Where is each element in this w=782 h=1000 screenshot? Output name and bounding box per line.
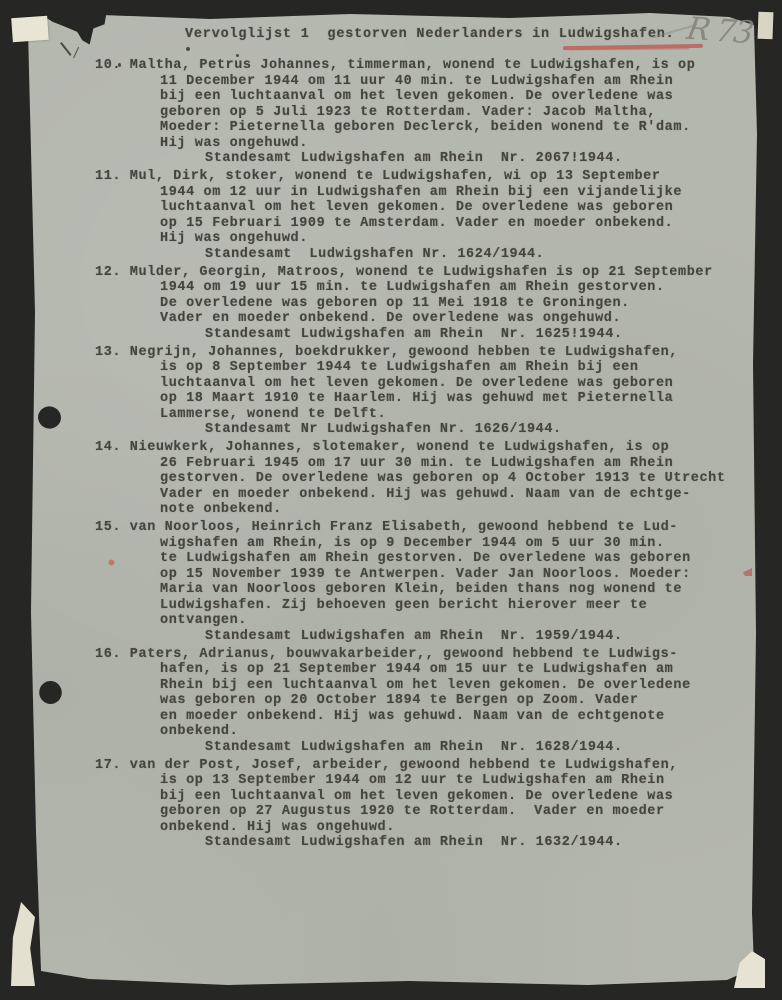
document-line: wigshafen am Rhein, is op 9 December 194… bbox=[160, 536, 745, 552]
document-line: 12. Mulder, Georgin, Matroos, wonend te … bbox=[95, 265, 745, 281]
death-record-entry: 11. Mul, Dirk, stoker, wonend te Ludwigs… bbox=[95, 169, 745, 262]
document-line: bij een luchtaanval om het leven gekomen… bbox=[160, 89, 745, 105]
document-line: Moeder: Pieternella geboren Declerck, be… bbox=[160, 120, 745, 136]
document-line: 15. van Noorloos, Heinrich Franz Elisabe… bbox=[95, 520, 745, 536]
ink-speck bbox=[236, 54, 239, 57]
document-line: op 18 Maart 1910 te Haarlem. Hij was geh… bbox=[160, 391, 745, 407]
document-line: Standesamt Ludwigshafen Nr. 1624/1944. bbox=[205, 247, 745, 263]
document-line: Standesamt Nr Ludwigshafen Nr. 1626/1944… bbox=[205, 422, 745, 438]
document-line: geboren op 5 Juli 1923 te Rotterdam. Vad… bbox=[160, 105, 745, 121]
document-line: Lammerse, wonend te Delft. bbox=[160, 407, 745, 423]
document-line: te Ludwigshafen am Rhein gestorven. De o… bbox=[160, 551, 745, 567]
entry-list: 10. Maltha, Petrus Johannes, timmerman, … bbox=[95, 58, 745, 853]
death-record-entry: 10. Maltha, Petrus Johannes, timmerman, … bbox=[95, 58, 745, 167]
document-line: Hij was ongehuwd. bbox=[160, 231, 745, 247]
document-line: 17. van der Post, Josef, arbeider, gewoo… bbox=[95, 758, 745, 774]
document-line: hafen, is op 21 September 1944 om 15 uur… bbox=[160, 662, 745, 678]
document-line: Rhein bij een luchtaanval om het leven g… bbox=[160, 678, 745, 694]
tape-fragment bbox=[758, 12, 774, 40]
document-line: onbekend. Hij was ongehuwd. bbox=[160, 820, 745, 836]
document-line: op 15 November 1939 te Antwerpen. Vader … bbox=[160, 567, 745, 583]
document-line: Vader en moeder onbekend. Hij was gehuwd… bbox=[160, 487, 745, 503]
document-line: De overledene was geboren op 11 Mei 1918… bbox=[160, 296, 745, 312]
tape-fragment bbox=[11, 16, 49, 42]
tape-fragment bbox=[11, 902, 35, 986]
document-line: luchtaanval om het leven gekomen. De ove… bbox=[160, 376, 745, 392]
document-line: Standesamt Ludwigshafen am Rhein Nr. 195… bbox=[205, 629, 745, 645]
ink-speck bbox=[118, 63, 121, 67]
document-line: is op 13 September 1944 om 12 uur te Lud… bbox=[160, 773, 745, 789]
document-line: gestorven. De overledene was geboren op … bbox=[160, 471, 745, 487]
document-line: Standesamt Ludwigshafen am Rhein Nr. 163… bbox=[205, 835, 745, 851]
document-line: Maria van Noorloos geboren Klein, beiden… bbox=[160, 582, 745, 598]
document-line: en moeder onbekend. Hij was gehuwd. Naam… bbox=[160, 709, 745, 725]
document-line: Vader en moeder onbekend. De overledene … bbox=[160, 311, 745, 327]
document-line: Ludwigshafen. Zij behoeven geen bericht … bbox=[160, 598, 745, 614]
document-line: geboren op 27 Augustus 1920 te Rotterdam… bbox=[160, 804, 745, 820]
death-record-entry: 15. van Noorloos, Heinrich Franz Elisabe… bbox=[95, 520, 745, 644]
document-line: Standesamt Ludwigshafen am Rhein Nr. 206… bbox=[205, 151, 745, 167]
document-line: 14. Nieuwkerk, Johannes, slotemaker, won… bbox=[95, 440, 745, 456]
document-line: 11. Mul, Dirk, stoker, wonend te Ludwigs… bbox=[95, 169, 745, 185]
document-line: 26 Februari 1945 om 17 uur 30 min. te Lu… bbox=[160, 456, 745, 472]
document-line: 11 December 1944 om 11 uur 40 min. te Lu… bbox=[160, 74, 745, 90]
death-record-entry: 17. van der Post, Josef, arbeider, gewoo… bbox=[95, 758, 745, 851]
document-line: op 15 Februari 1909 te Amsterdam. Vader … bbox=[160, 216, 745, 232]
document-line: Standesamt Ludwigshafen am Rhein Nr. 162… bbox=[205, 740, 745, 756]
document-line: luchtaanval om het leven gekomen. De ove… bbox=[160, 200, 745, 216]
document-line: 1944 om 12 uur in Ludwigshafen am Rhein … bbox=[160, 185, 745, 201]
death-record-entry: 13. Negrijn, Johannes, boekdrukker, gewo… bbox=[95, 345, 745, 438]
death-record-entry: 16. Paters, Adrianus, bouwvakarbeider,, … bbox=[95, 647, 745, 756]
document-title: Vervolglijst 1 gestorven Nederlanders in… bbox=[185, 27, 675, 42]
document-line: is op 8 September 1944 te Ludwigshafen a… bbox=[160, 360, 745, 376]
document-line: 10. Maltha, Petrus Johannes, timmerman, … bbox=[95, 58, 745, 74]
death-record-entry: 12. Mulder, Georgin, Matroos, wonend te … bbox=[95, 265, 745, 343]
handwritten-archive-number: R 73 bbox=[684, 11, 755, 51]
death-record-entry: 14. Nieuwkerk, Johannes, slotemaker, won… bbox=[95, 440, 745, 518]
document-line: ontvangen. bbox=[160, 613, 745, 629]
document-line: was geboren op 20 October 1894 te Bergen… bbox=[160, 693, 745, 709]
document-line: Hij was ongehuwd. bbox=[160, 136, 745, 152]
document-line: Standesamt Ludwigshafen am Rhein Nr. 162… bbox=[205, 327, 745, 343]
ink-speck bbox=[186, 47, 190, 51]
document-line: 13. Negrijn, Johannes, boekdrukker, gewo… bbox=[95, 345, 745, 361]
document-line: bij een luchtaanval om het leven gekomen… bbox=[160, 789, 745, 805]
document-line: onbekend. bbox=[160, 724, 745, 740]
red-pencil-speck bbox=[108, 559, 115, 566]
scanned-document-photo: Vervolglijst 1 gestorven Nederlanders in… bbox=[0, 0, 782, 1000]
document-line: 16. Paters, Adrianus, bouwvakarbeider,, … bbox=[95, 647, 745, 663]
document-line: note onbekend. bbox=[160, 502, 745, 518]
document-line: 1944 om 19 uur 15 min. te Ludwigshafen a… bbox=[160, 280, 745, 296]
